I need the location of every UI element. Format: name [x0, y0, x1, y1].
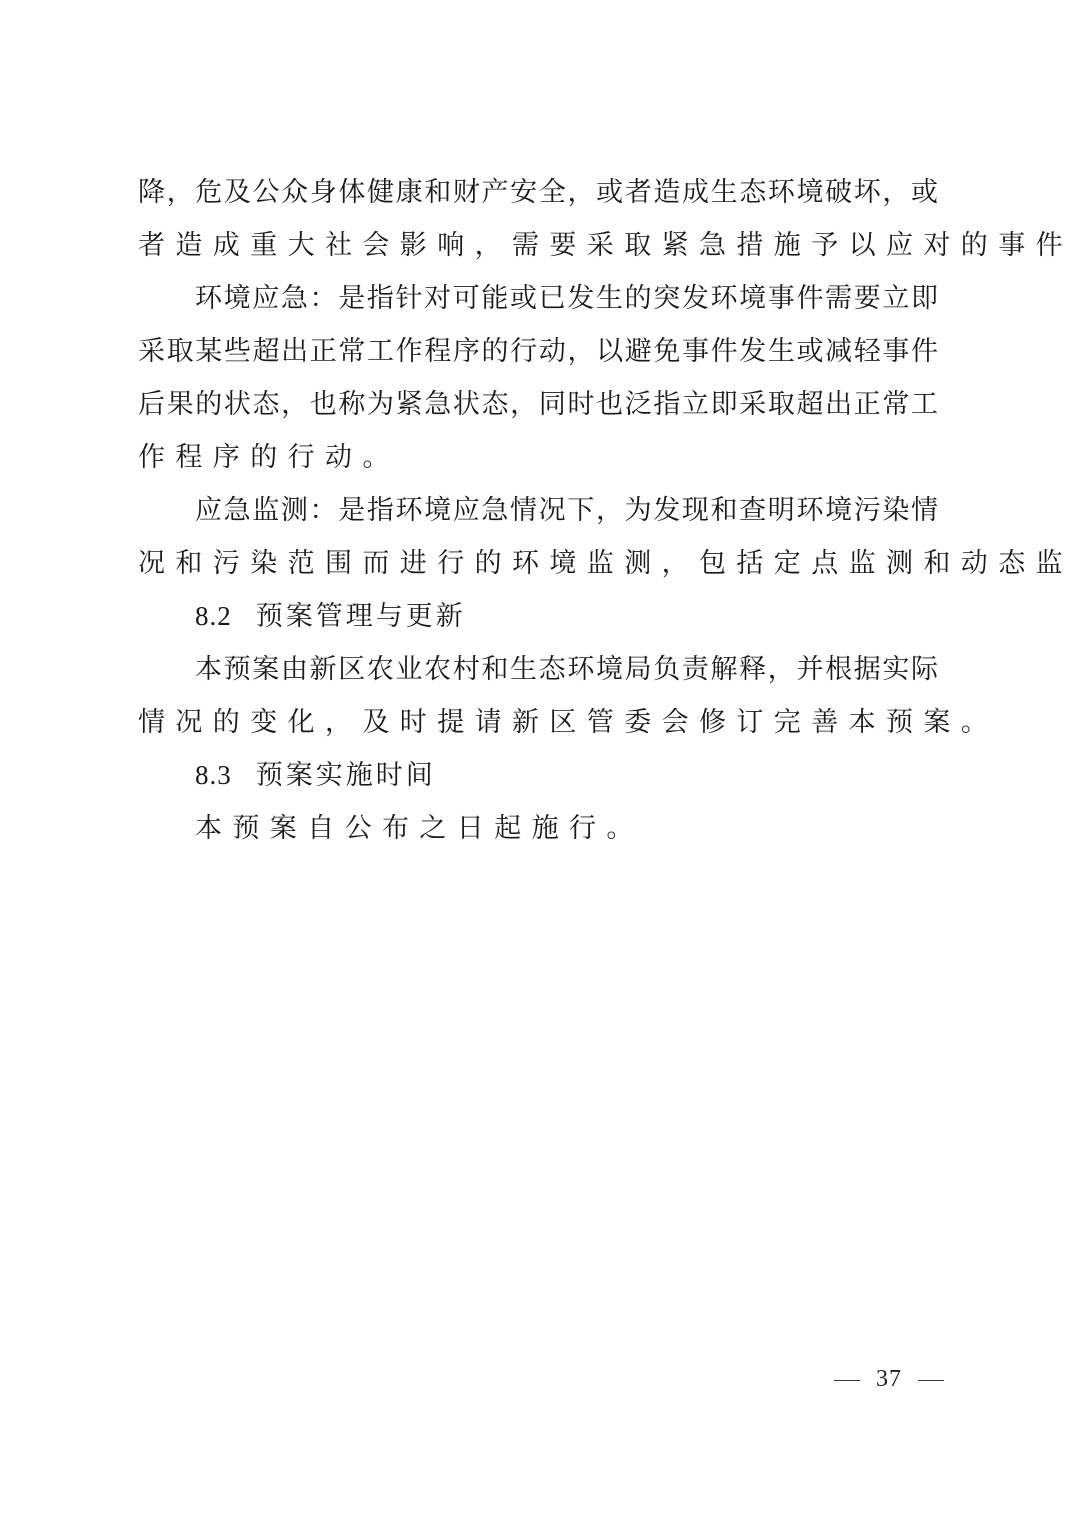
- section-number: 8.2: [195, 601, 232, 631]
- section-number: 8.3: [195, 760, 232, 790]
- section-title: 预案管理与更新: [256, 601, 466, 632]
- page-number: 37: [876, 1366, 902, 1392]
- text-line: 采取某些超出正常工作程序的行动，以避免事件发生或减轻事件: [138, 325, 938, 378]
- dash-left: [834, 1380, 860, 1381]
- section-title: 预案实施时间: [256, 760, 436, 791]
- body-line: 本预案自公布之日起施行。: [138, 802, 938, 855]
- body-line: 本预案由新区农业农村和生态环境局负责解释，并根据实际: [138, 643, 938, 696]
- section-heading-8-3: 8.3预案实施时间: [138, 749, 938, 802]
- text-line: 作程序的行动。: [138, 431, 938, 484]
- document-page: 降，危及公众身体健康和财产安全，或者造成生态环境破坏，或 者造成重大社会影响，需…: [138, 166, 938, 855]
- text-line: 情况的变化，及时提请新区管委会修订完善本预案。: [138, 696, 938, 749]
- text-line: 后果的状态，也称为紧急状态，同时也泛指立即采取超出正常工: [138, 378, 938, 431]
- text-line: 者造成重大社会影响，需要采取紧急措施予以应对的事件。: [138, 219, 938, 272]
- definition-line: 应急监测：是指环境应急情况下，为发现和查明环境污染情: [138, 484, 938, 537]
- section-heading-8-2: 8.2预案管理与更新: [138, 590, 938, 643]
- text-line: 况和污染范围而进行的环境监测，包括定点监测和动态监测。: [138, 537, 938, 590]
- text-line: 降，危及公众身体健康和财产安全，或者造成生态环境破坏，或: [138, 166, 938, 219]
- page-footer: 37: [818, 1366, 960, 1393]
- dash-right: [918, 1380, 944, 1381]
- definition-line: 环境应急：是指针对可能或已发生的突发环境事件需要立即: [138, 272, 938, 325]
